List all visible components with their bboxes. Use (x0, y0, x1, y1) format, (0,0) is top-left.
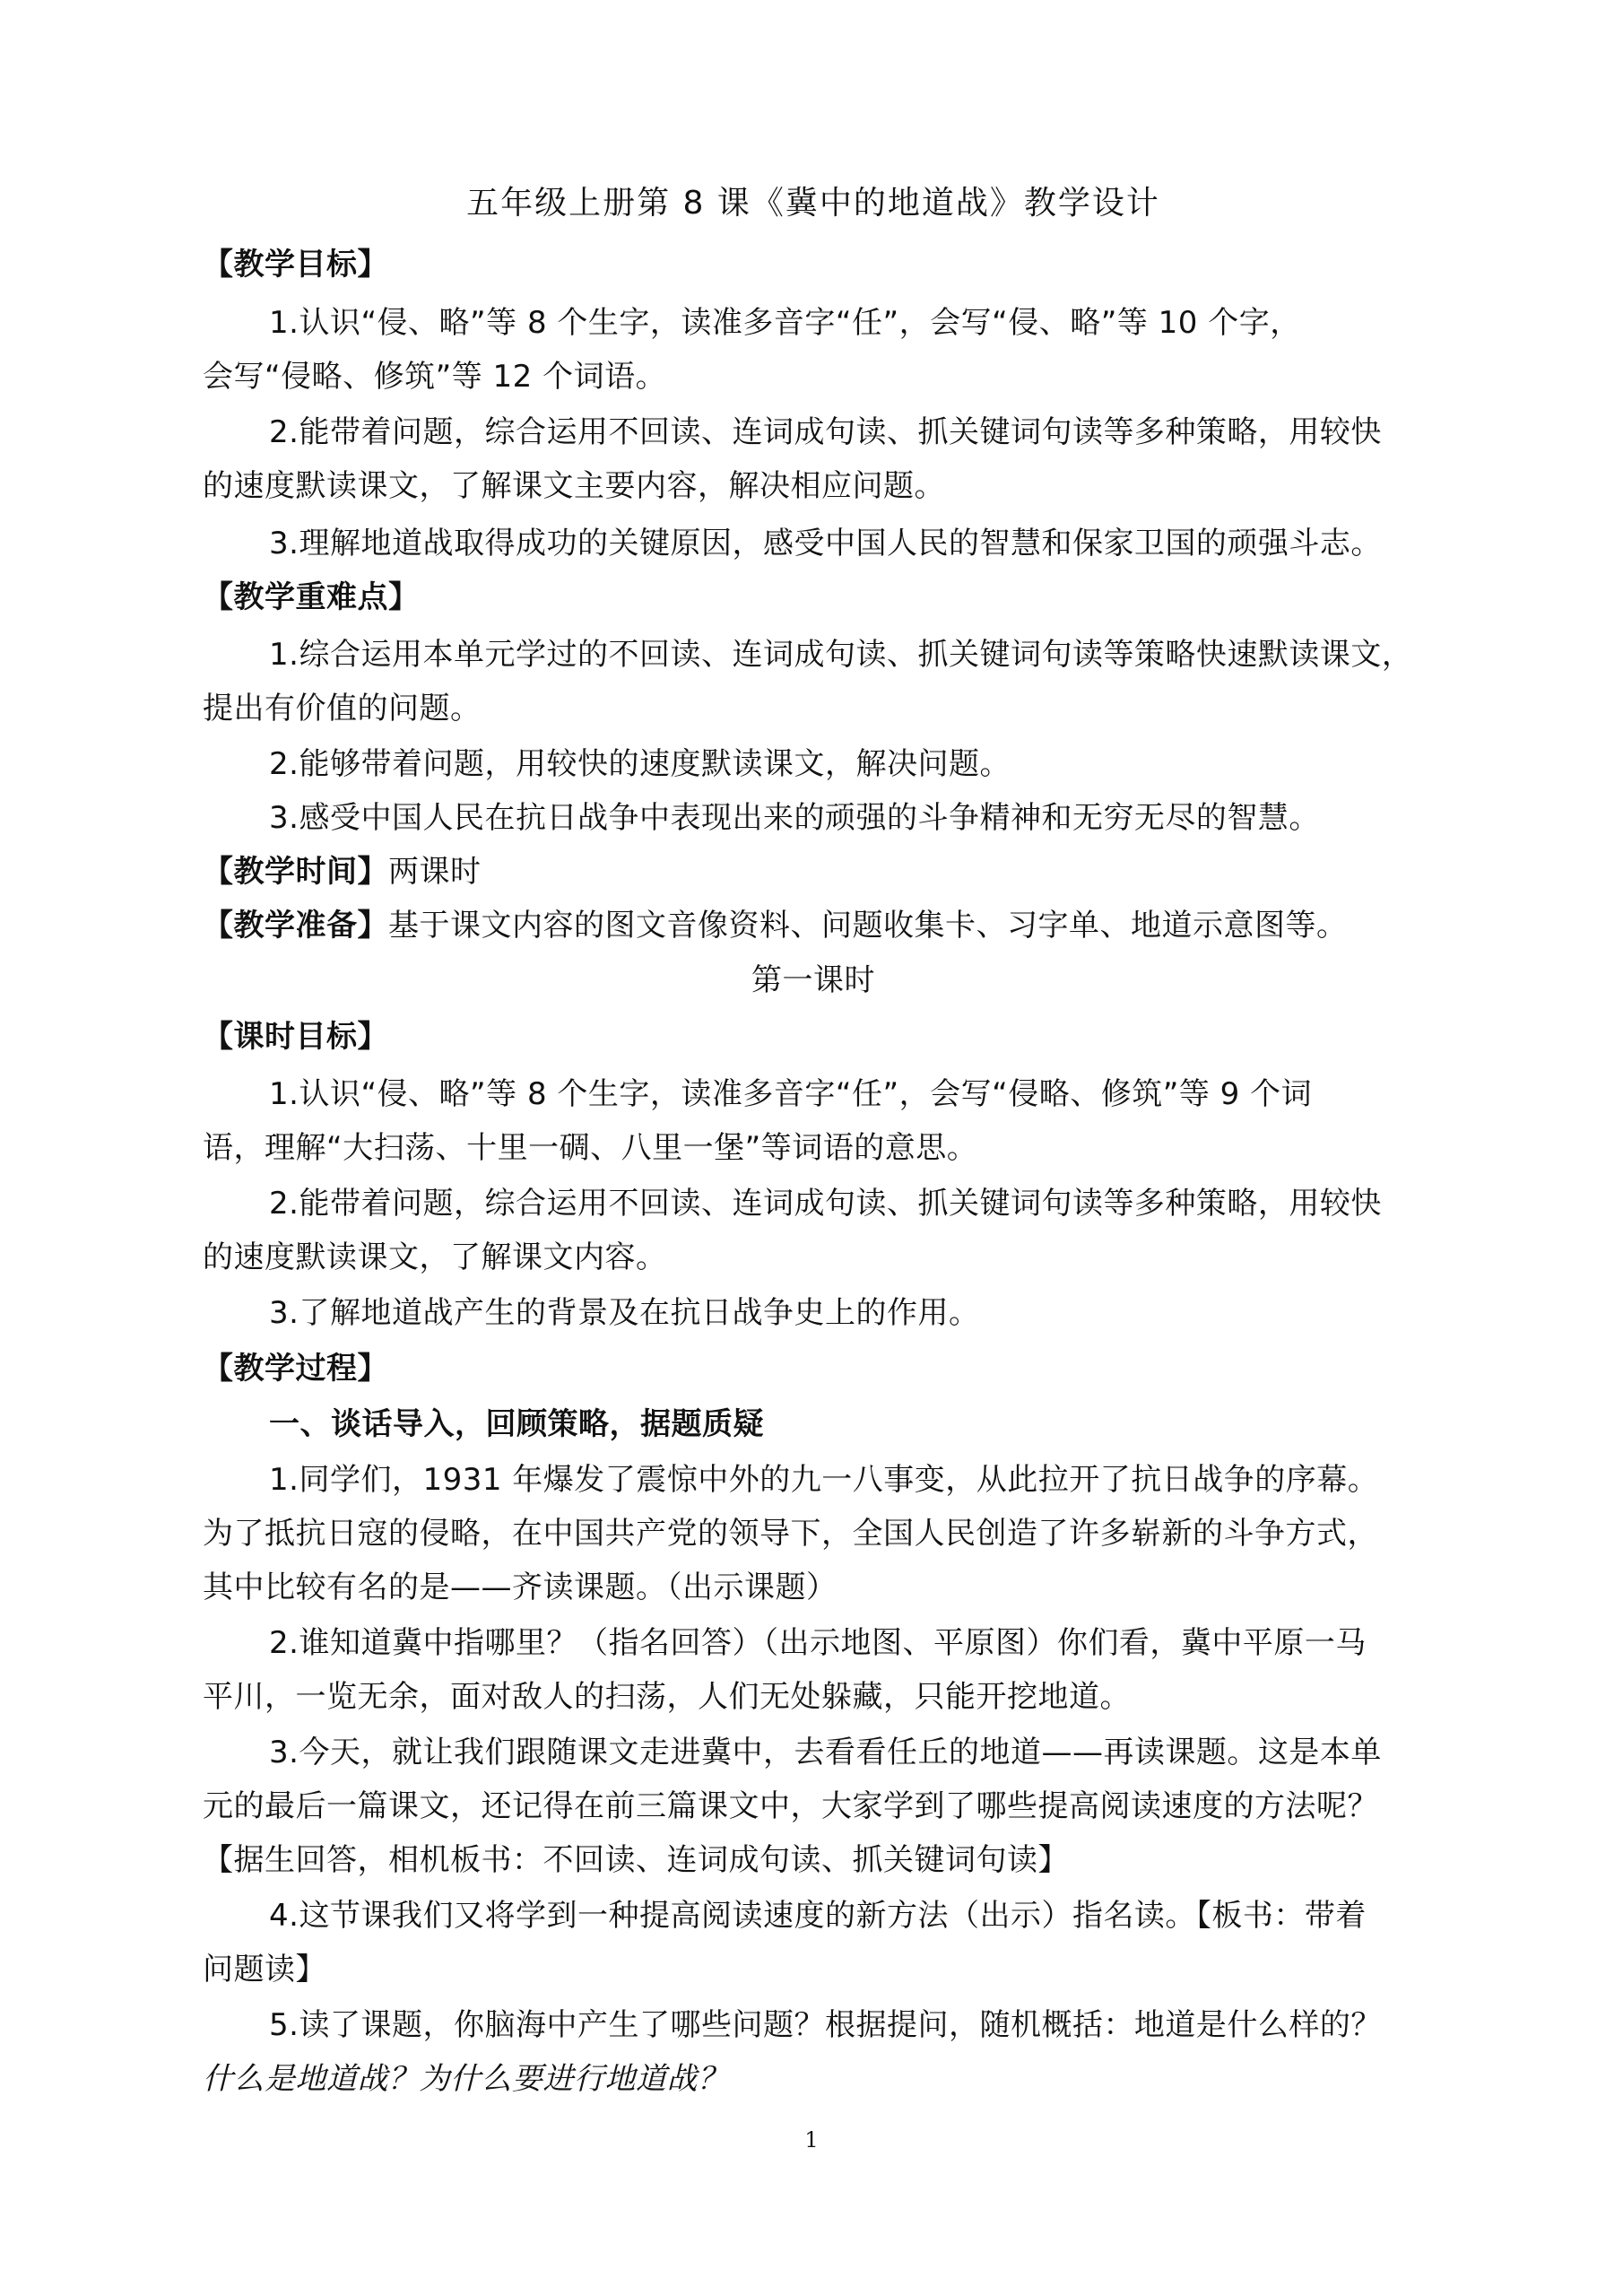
prep-value: 基于课文内容的图文音像资料、问题收集卡、习字单、地道示意图等。 (388, 908, 1348, 944)
process-line: 平川，一览无余，面对敌人的扫荡，人们无处躲藏，只能开挖地道。 (203, 1679, 1424, 1715)
time-heading: 【教学时间】 (203, 854, 388, 890)
goal-line: 3.理解地道战取得成功的关键原因，感受中国人民的智慧和保家卫国的顽强斗志。 (269, 526, 1490, 561)
key-point-line: 2.能够带着问题，用较快的速度默读课文，解决问题。 (269, 746, 1490, 782)
process-line: 3.今天，就让我们跟随课文走进冀中，去看看任丘的地道——再读课题。这是本单 (269, 1735, 1490, 1770)
process-heading: 【教学过程】 (203, 1351, 1424, 1387)
goal-line: 的速度默读课文，了解课文主要内容，解决相应问题。 (203, 468, 1424, 504)
lesson-goals-heading: 【课时目标】 (203, 1019, 1424, 1055)
process-subheading: 一、谈话导入，回顾策略，据题质疑 (269, 1406, 1490, 1442)
page-number: 1 (0, 2127, 1623, 2152)
process-line: 5.读了课题，你脑海中产生了哪些问题？根据提问，随机概括：地道是什么样的？ (269, 2007, 1490, 2043)
process-line: 其中比较有名的是——齐读课题。（出示课题） (203, 1570, 1424, 1605)
time-value: 两课时 (388, 854, 482, 890)
process-line: 元的最后一篇课文，还记得在前三篇课文中，大家学到了哪些提高阅读速度的方法呢？ (203, 1788, 1424, 1824)
key-points-heading: 【教学重难点】 (203, 579, 1424, 615)
lesson-title: 第一课时 (203, 962, 1424, 998)
process-line: 为了抵抗日寇的侵略，在中国共产党的领导下，全国人民创造了许多崭新的斗争方式， (203, 1516, 1424, 1552)
lesson-goal-line: 2.能带着问题，综合运用不回读、连词成句读、抓关键词句读等多种策略，用较快 (269, 1186, 1490, 1222)
process-line: 2.谁知道冀中指哪里？（指名回答）（出示地图、平原图）你们看，冀中平原一马 (269, 1625, 1490, 1661)
lesson-goal-line: 语，理解“大扫荡、十里一碉、八里一堡”等词语的意思。 (203, 1130, 1424, 1166)
goal-line: 1.认识“侵、略”等 8 个生字，读准多音字“任”，会写“侵、略”等 10 个字… (269, 305, 1490, 341)
process-line: 4.这节课我们又将学到一种提高阅读速度的新方法（出示）指名读。【板书：带着 (269, 1898, 1490, 1934)
key-point-line: 3.感受中国人民在抗日战争中表现出来的顽强的斗争精神和无穷无尽的智慧。 (269, 800, 1490, 836)
goals-heading: 【教学目标】 (203, 247, 1424, 283)
key-point-line: 提出有价值的问题。 (203, 691, 1424, 726)
key-point-line: 1.综合运用本单元学过的不回读、连词成句读、抓关键词句读等策略快速默读课文， (269, 637, 1490, 673)
time-row: 【教学时间】两课时 (203, 854, 1424, 890)
lesson-goal-line: 的速度默读课文，了解课文内容。 (203, 1239, 1424, 1275)
document-title: 五年级上册第 8 课《冀中的地道战》教学设计 (203, 186, 1424, 222)
process-line: 1.同学们，1931 年爆发了震惊中外的九一八事变，从此拉开了抗日战争的序幕。 (269, 1462, 1490, 1498)
process-line: 【据生回答，相机板书：不回读、连词成句读、抓关键词句读】 (203, 1842, 1424, 1878)
process-line: 问题读】 (203, 1952, 1424, 1987)
lesson-goal-line: 1.认识“侵、略”等 8 个生字，读准多音字“任”，会写“侵略、修筑”等 9 个… (269, 1076, 1490, 1112)
goal-line: 2.能带着问题，综合运用不回读、连词成句读、抓关键词句读等多种策略，用较快 (269, 414, 1490, 450)
lesson-goal-line: 3.了解地道战产生的背景及在抗日战争史上的作用。 (269, 1295, 1490, 1331)
prep-heading: 【教学准备】 (203, 908, 388, 944)
prep-row: 【教学准备】基于课文内容的图文音像资料、问题收集卡、习字单、地道示意图等。 (203, 908, 1424, 944)
process-line: 什么是地道战？为什么要进行地道战？ (203, 2061, 1424, 2097)
goal-line: 会写“侵略、修筑”等 12 个词语。 (203, 359, 1424, 395)
